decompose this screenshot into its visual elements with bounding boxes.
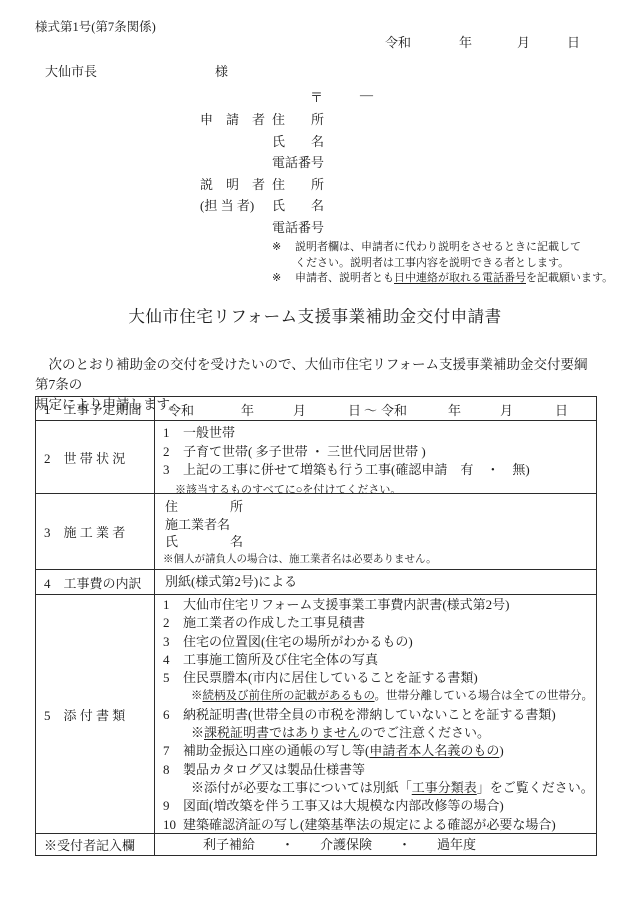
household-option: 1一般世帯 (155, 424, 596, 443)
underlined-phrase: 工事分類表 (412, 780, 477, 795)
attachment-note: ※続柄及び前住所の記載があるもの。世帯分離している場合は全ての世帯分。 (155, 687, 596, 705)
applicant-name-line: 氏 名 (200, 134, 324, 156)
note-line: ※申請者、説明者とも日中連絡が取れる電話番号を記載願います。 (272, 271, 613, 287)
row-label: 1 工事予定期間 (36, 397, 155, 420)
row-household-status: 2 世 帯 状 況 1一般世帯 2子育て世帯( 多子世帯 ・ 三世代同居世帯 )… (36, 420, 596, 493)
applicant-label: 申 請 者 (200, 112, 272, 128)
row-staff-entry: ※受付者記入欄 利子補給 ・ 介護保険 ・ 過年度 (36, 833, 596, 855)
note-line: ください。説明者は工事内容を説明できる者とします。 (272, 256, 613, 272)
page-title: 大仙市住宅リフォーム支援事業補助金交付申請書 (0, 303, 630, 327)
attachment-item: 8製品カタログ又は製品仕様書等 (155, 761, 596, 779)
row-attachments: 5 添 付 書 類 1大仙市住宅リフォーム支援事業工事費内訳書(様式第2号) 2… (36, 594, 596, 833)
row-label: 5 添 付 書 類 (36, 595, 155, 833)
address-field-label: 住 所 (272, 177, 324, 193)
attachment-item: 2施工業者の作成した工事見積書 (155, 614, 596, 632)
address-field-label: 住 所 (272, 112, 324, 128)
staff-entry-options: 利子補給 ・ 介護保険 ・ 過年度 (155, 834, 596, 855)
underlined-phrase: 申請者本人名義のもの (369, 743, 499, 758)
underlined-phrase: 日中連絡が取れる電話番号 (394, 272, 526, 284)
note-mark: ※ (272, 271, 295, 287)
note-mark: ※ (272, 240, 295, 256)
attachment-item: 3住宅の位置図(住宅の場所がわかるもの) (155, 633, 596, 651)
period-fields: 令和 年 月 日 ～ 令和 年 月 日 (155, 397, 596, 420)
household-note: ※該当するものすべてに○を付けてください。 (155, 482, 596, 494)
document-page: 様式第1号(第7条関係) 令和 年 月 日 大仙市長 様 〒 ― 申 請 者住 … (0, 0, 630, 903)
row-label: 2 世 帯 状 況 (36, 421, 155, 493)
contact-person-label: (担 当 者) (200, 198, 272, 214)
name-field-label: 氏 名 (272, 134, 324, 150)
month-label: 月 (517, 32, 530, 51)
header-notes: ※説明者欄は、申請者に代わり説明をさせるときに記載して ください。説明者は工事内… (272, 240, 613, 287)
applicant-address-line: 申 請 者住 所 (200, 112, 324, 134)
postal-mark: 〒 (310, 87, 323, 106)
era-label: 令和 (385, 32, 411, 51)
attachment-note: ※添付が必要な工事については別紙「工事分類表」をご覧ください。 (155, 779, 596, 797)
contractor-name-field: 氏 名 (155, 533, 596, 551)
underlined-phrase: 続柄及び前住所の記載があるもの (203, 690, 375, 702)
attachment-item: 6納税証明書(世帯全員の市税を滞納していないことを証する書類) (155, 706, 596, 724)
row-construction-period: 1 工事予定期間 令和 年 月 日 ～ 令和 年 月 日 (36, 397, 596, 420)
attachment-item: 9図面(増改築を伴う工事又は大規模な内部改修等の場合) (155, 797, 596, 815)
cost-breakdown-text: 別紙(様式第2号)による (155, 570, 596, 594)
addressee-honorific: 様 (215, 61, 228, 80)
applicant-phone-line: 電話番号 (200, 155, 324, 177)
note-line: ※説明者欄は、申請者に代わり説明をさせるときに記載して (272, 240, 613, 256)
phone-field-label: 電話番号 (272, 155, 324, 171)
underlined-phrase: 課税証明書ではありません (204, 725, 360, 740)
name-field-label: 氏 名 (272, 198, 324, 214)
contractor-company-field: 施工業者名 (155, 516, 596, 534)
contractor-note: ※個人が請負人の場合は、施工業者名は必要ありません。 (155, 552, 596, 567)
contractor-address-field: 住 所 (155, 498, 596, 516)
household-option: 2子育て世帯( 多子世帯 ・ 三世代同居世帯 ) (155, 443, 596, 462)
explainer-phone-line: 電話番号 (200, 220, 324, 242)
year-label: 年 (459, 32, 472, 51)
row-cost-breakdown: 4 工事費の内訳 別紙(様式第2号)による (36, 569, 596, 594)
day-label: 日 (567, 32, 580, 51)
intro-line-1: 次のとおり補助金の交付を受けたいので、大仙市住宅リフォーム支援事業補助金交付要綱… (35, 355, 597, 395)
phone-field-label: 電話番号 (272, 220, 324, 236)
row-label: ※受付者記入欄 (36, 834, 155, 855)
postal-code-dash: ― (360, 87, 373, 103)
tilde-separator: ～ (364, 400, 377, 419)
explainer-address-line: 説 明 者住 所 (200, 177, 324, 199)
application-table: 1 工事予定期間 令和 年 月 日 ～ 令和 年 月 日 2 世 帯 状 況 1… (35, 396, 597, 856)
attachment-item: 7補助金振込口座の通帳の写し等(申請者本人名義のもの) (155, 742, 596, 760)
household-option: 3上記の工事に併せて増築も行う工事(確認申請 有 ・ 無) (155, 461, 596, 480)
row-contractor: 3 施 工 業 者 住 所 施工業者名 氏 名 ※個人が請負人の場合は、施工業者… (36, 493, 596, 569)
attachment-item: 4工事施工箇所及び住宅全体の写真 (155, 651, 596, 669)
addressee-name: 大仙市長 (45, 61, 97, 80)
explainer-name-line: (担 当 者)氏 名 (200, 198, 324, 220)
attachment-item: 5住民票謄本(市内に居住していることを証する書類) (155, 669, 596, 687)
attachment-item: 10建築確認済証の写し(建築基準法の規定による確認が必要な場合) (155, 816, 596, 833)
date-line: 令和 年 月 日 (0, 32, 630, 50)
explainer-label: 説 明 者 (200, 177, 272, 193)
row-label: 3 施 工 業 者 (36, 494, 155, 569)
attachment-note: ※課税証明書ではありませんのでご注意ください。 (155, 724, 596, 742)
party-block: 申 請 者住 所 氏 名 電話番号 説 明 者住 所 (担 当 者)氏 名 電話… (200, 112, 324, 241)
row-label: 4 工事費の内訳 (36, 570, 155, 594)
attachment-item: 1大仙市住宅リフォーム支援事業工事費内訳書(様式第2号) (155, 596, 596, 614)
